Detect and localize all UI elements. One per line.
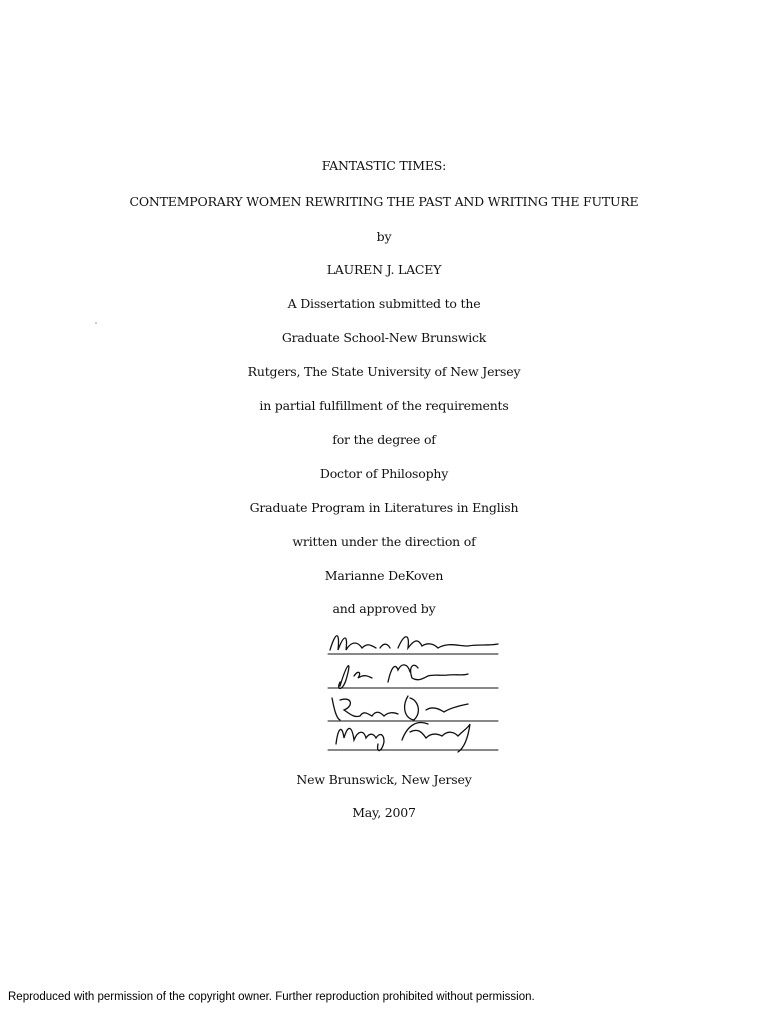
degree: Doctor of Philosophy xyxy=(0,466,768,481)
submission-statement: A Dissertation submitted to the xyxy=(0,296,768,311)
approved-by: and approved by xyxy=(0,601,768,616)
signature-4 xyxy=(336,723,470,752)
date: May, 2007 xyxy=(0,805,768,820)
degree-intro: for the degree of xyxy=(0,432,768,447)
signature-block xyxy=(318,620,508,755)
graduate-program: Graduate Program in Literatures in Engli… xyxy=(0,500,768,515)
by-label: by xyxy=(0,229,768,244)
subtitle: CONTEMPORARY WOMEN REWRITING THE PAST AN… xyxy=(0,194,768,209)
signature-3 xyxy=(332,696,468,720)
scan-speck xyxy=(95,322,97,324)
title: FANTASTIC TIMES: xyxy=(0,158,768,173)
fulfillment-statement: in partial fulfillment of the requiremen… xyxy=(0,398,768,413)
signature-1 xyxy=(330,636,498,650)
direction-intro: written under the direction of xyxy=(0,534,768,549)
director-name: Marianne DeKoven xyxy=(0,568,768,583)
dissertation-title-page: FANTASTIC TIMES: CONTEMPORARY WOMEN REWR… xyxy=(0,0,768,1024)
author-name: LAUREN J. LACEY xyxy=(0,262,768,277)
location: New Brunswick, New Jersey xyxy=(0,772,768,787)
signatures-image xyxy=(318,620,508,755)
university: Rutgers, The State University of New Jer… xyxy=(0,364,768,379)
graduate-school: Graduate School-New Brunswick xyxy=(0,330,768,345)
copyright-notice: Reproduced with permission of the copyri… xyxy=(8,991,535,1003)
signature-2 xyxy=(339,665,468,689)
